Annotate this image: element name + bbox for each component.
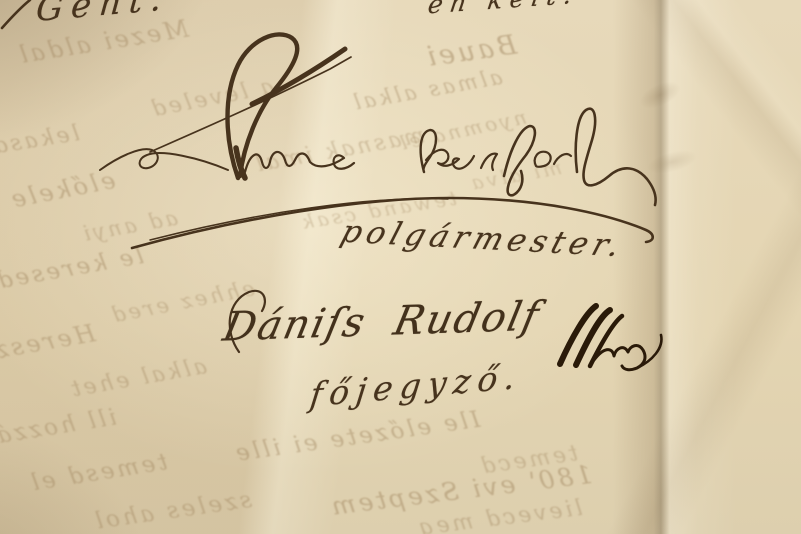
bleedthrough-layer: Mezei aldala leveledBaueialmas alkalnyom… (0, 0, 801, 534)
bleedthrough-line: szeles ahol (91, 487, 253, 534)
bleedthrough-line: almas alkal (349, 65, 504, 115)
bleedthrough-line: ad anyi (79, 206, 180, 247)
bleedthrough-line: Bauei (422, 30, 518, 74)
bleedthrough-line: lievecd meg (415, 496, 584, 534)
bleedthrough-line: Ile előzete ei ille (231, 407, 481, 467)
bleedthrough-line: előkele (6, 166, 117, 214)
bleedthrough-line: masnak imal (251, 123, 427, 178)
bleedthrough-line: le keresed (0, 243, 146, 295)
document-photo: Mezei aldala leveledBaueialmas alkalnyom… (0, 0, 801, 534)
bleedthrough-line: Heresz (0, 319, 97, 365)
bleedthrough-line: a leveled (147, 74, 276, 123)
bleedthrough-line: temecd (477, 441, 580, 480)
bleedthrough-line: nyomna el (395, 105, 529, 156)
bleedthrough-line: ill hozzá (0, 405, 118, 450)
bleedthrough-line: temesd el (27, 449, 169, 497)
bleedthrough-line: 180' evi Szeptem (327, 460, 594, 521)
bleedthrough-line: mi alva (467, 155, 564, 195)
bleedthrough-line: lekasd (0, 121, 81, 160)
bleedthrough-line: alkal ehet (67, 354, 209, 403)
